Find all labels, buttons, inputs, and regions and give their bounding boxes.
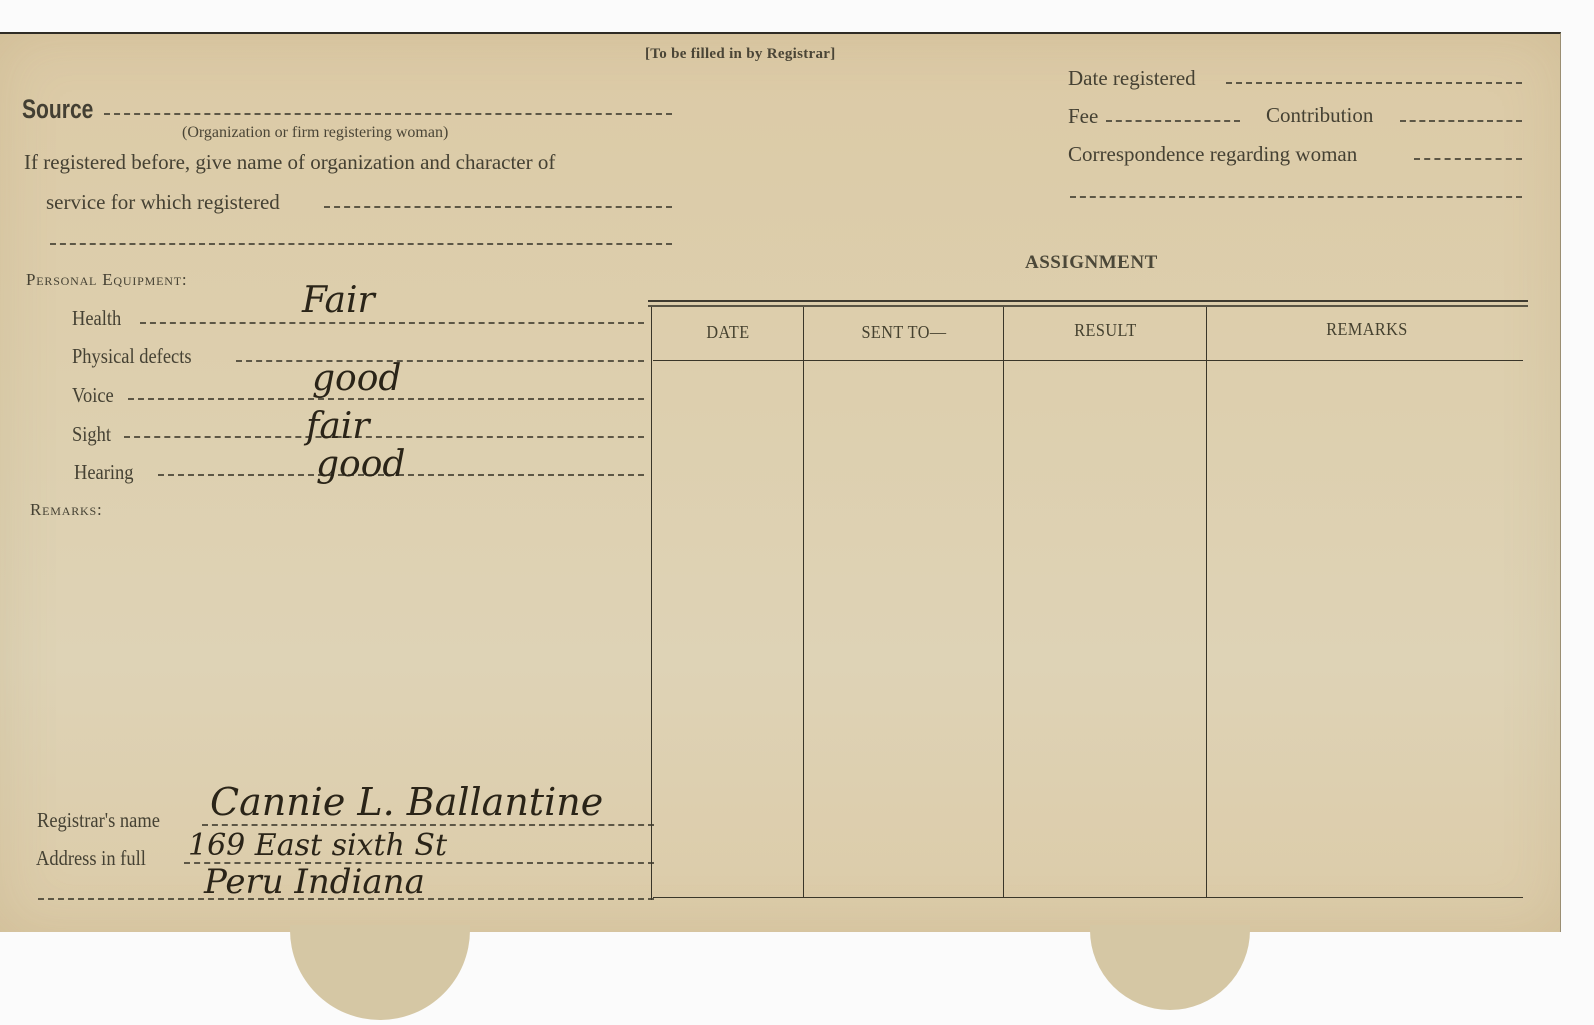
remarks-heading: Remarks: bbox=[30, 500, 102, 520]
sight-field[interactable] bbox=[124, 436, 644, 438]
card-tab-left bbox=[290, 925, 470, 1020]
correspondence-label: Correspondence regarding woman bbox=[1068, 142, 1357, 167]
physical-defects-label: Physical defects bbox=[72, 344, 192, 369]
registered-before-field-1[interactable] bbox=[324, 206, 672, 208]
table-header-rule bbox=[653, 360, 1523, 361]
column-header-result: RESULT bbox=[1015, 320, 1196, 341]
contribution-field[interactable] bbox=[1400, 120, 1522, 122]
voice-value: good bbox=[312, 358, 401, 399]
physical-defects-field[interactable] bbox=[236, 360, 644, 362]
health-label: Health bbox=[72, 306, 121, 331]
date-registered-field[interactable] bbox=[1226, 82, 1522, 84]
registered-before-label-2: service for which registered bbox=[46, 190, 280, 215]
table-cell-remarks[interactable] bbox=[1208, 362, 1526, 896]
table-bottom-rule bbox=[653, 897, 1523, 898]
source-label: Source bbox=[22, 94, 93, 125]
assignment-heading: ASSIGNMENT bbox=[1025, 252, 1158, 274]
column-header-date: DATE bbox=[661, 322, 796, 343]
table-border-left bbox=[651, 307, 652, 900]
table-divider-3 bbox=[1206, 307, 1207, 897]
health-field[interactable] bbox=[140, 322, 644, 324]
health-value: Fair bbox=[302, 280, 375, 321]
address-value-2: Peru Indiana bbox=[204, 862, 425, 902]
registrar-name-value: Cannie L. Ballantine bbox=[210, 780, 603, 824]
correspondence-field-1[interactable] bbox=[1414, 158, 1522, 160]
registered-before-label-1: If registered before, give name of organ… bbox=[24, 150, 555, 175]
table-cell-date[interactable] bbox=[653, 362, 803, 896]
column-header-sent-to: SENT TO— bbox=[815, 322, 993, 343]
table-top-rule-1 bbox=[648, 300, 1528, 302]
correspondence-field-2[interactable] bbox=[1070, 196, 1522, 198]
date-registered-label: Date registered bbox=[1068, 66, 1196, 91]
personal-equipment-heading: Personal Equipment: bbox=[26, 270, 187, 290]
hearing-value: good bbox=[316, 444, 405, 485]
fee-label: Fee bbox=[1068, 104, 1098, 129]
table-cell-sent-to[interactable] bbox=[805, 362, 1003, 896]
table-divider-1 bbox=[803, 307, 804, 897]
registered-before-field-2[interactable] bbox=[50, 243, 672, 245]
registrar-name-label: Registrar's name bbox=[37, 808, 160, 833]
header-note: [To be filled in by Registrar] bbox=[645, 46, 836, 63]
table-divider-2 bbox=[1003, 307, 1004, 897]
registrar-name-field[interactable] bbox=[202, 824, 654, 826]
card-tab-right bbox=[1090, 925, 1250, 1010]
address-label: Address in full bbox=[36, 846, 146, 871]
fee-field[interactable] bbox=[1106, 120, 1240, 122]
sight-value: fair bbox=[306, 406, 370, 447]
hearing-label: Hearing bbox=[74, 460, 134, 485]
table-top-rule-2 bbox=[648, 305, 1528, 307]
source-field[interactable] bbox=[104, 113, 672, 115]
source-hint: (Organization or firm registering woman) bbox=[182, 124, 448, 142]
column-header-remarks: REMARKS bbox=[1224, 319, 1510, 340]
voice-label: Voice bbox=[72, 383, 114, 408]
remarks-area[interactable] bbox=[30, 525, 630, 785]
address-value-1: 169 East sixth St bbox=[188, 828, 447, 863]
contribution-label: Contribution bbox=[1266, 103, 1373, 128]
sight-label: Sight bbox=[72, 422, 111, 447]
table-cell-result[interactable] bbox=[1005, 362, 1206, 896]
